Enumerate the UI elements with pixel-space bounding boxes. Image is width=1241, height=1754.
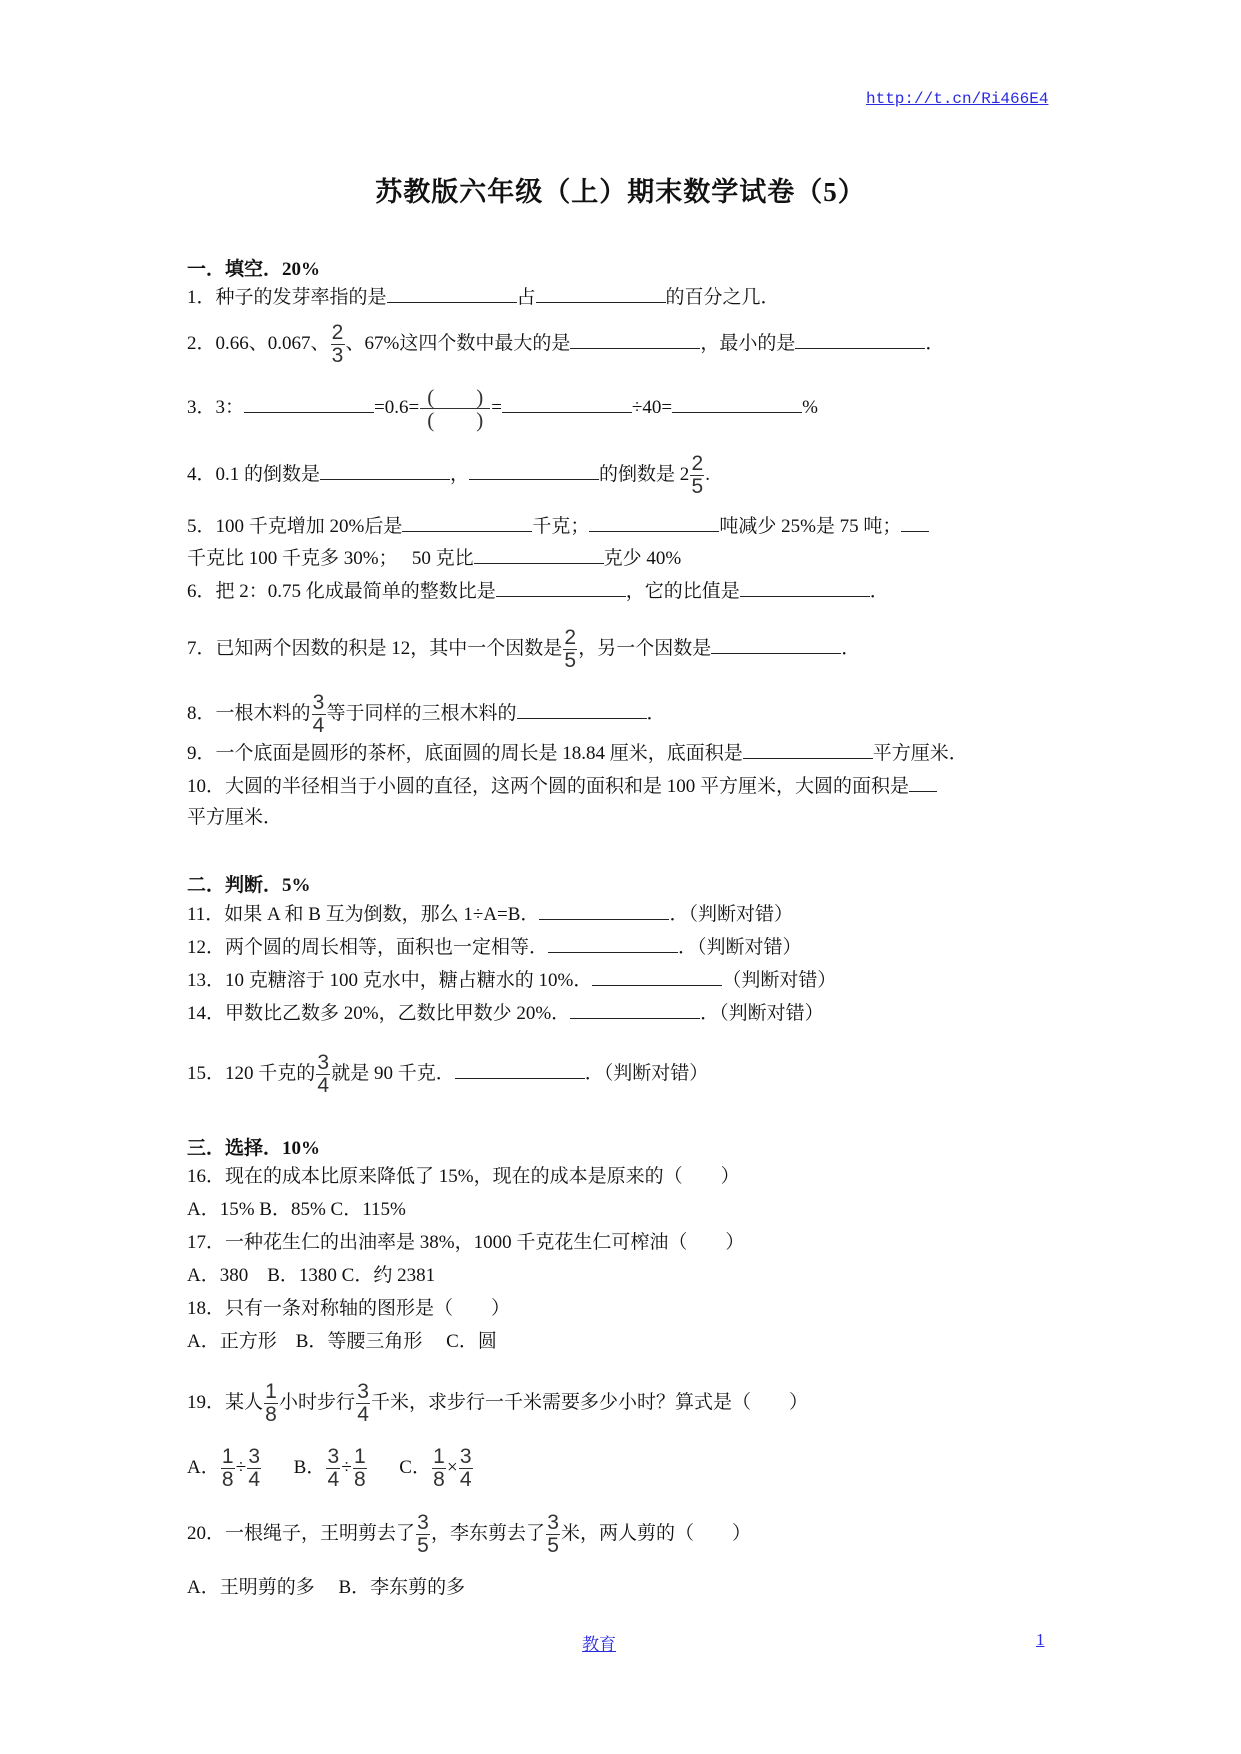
question-2: 2．0.66、0.067、23、67%这四个数中最大的是，最小的是． [187,322,944,367]
fraction: 25 [690,453,704,498]
answer-blank[interactable] [672,396,802,413]
answer-blank[interactable] [570,332,700,349]
answer-blank[interactable] [455,1062,585,1079]
question-5-line2: 千克比 100 千克多 30%； 50 克比克少 40% [187,547,681,570]
question-19: 19．某人18小时步行34千米，求步行一千米需要多少小时？算式是（ ） [187,1381,808,1426]
answer-blank[interactable] [570,1002,700,1019]
question-13: 13．10 克糖溶于 100 克水中，糖占糖水的 10%．（判断对错） [187,969,836,992]
answer-blank[interactable] [743,742,873,759]
section-heading-choice: 三．选择．10% [187,1133,320,1160]
answer-blank[interactable] [502,396,632,413]
answer-blank[interactable] [740,580,870,597]
answer-blank[interactable] [711,637,841,654]
fraction: 34 [356,1381,370,1426]
question-15: 15．120 千克的34就是 90 千克．．（判断对错） [187,1052,708,1097]
fraction: 25 [563,627,577,672]
answer-blank[interactable] [795,332,925,349]
answer-blank[interactable] [589,515,719,532]
question-17-options[interactable]: A．380 B．1380 C．约 2381 [187,1265,435,1287]
question-10-line2: 平方厘米． [187,807,282,829]
question-9: 9．一个底面是圆形的茶杯，底面圆的周长是 18.84 厘米，底面积是平方厘米． [187,742,968,765]
answer-blank[interactable] [474,547,604,564]
answer-blank[interactable] [387,286,517,303]
section-heading-judge: 二．判断．5% [187,870,311,897]
answer-blank[interactable] [469,463,599,480]
section-heading-fill: 一．填空．20% [187,254,320,281]
answer-blank[interactable] [244,396,374,413]
answer-blank[interactable] [517,702,647,719]
page-number[interactable]: 1 [1036,1630,1045,1650]
question-1: 1．种子的发芽率指的是占的百分之几． [187,286,780,309]
header-link[interactable]: http://t.cn/Ri466E4 [866,90,1048,108]
answer-blank[interactable] [320,463,450,480]
answer-blank[interactable] [592,969,722,986]
answer-blank[interactable] [548,936,678,953]
fraction: 35 [416,1512,430,1557]
fraction: 34 [316,1052,330,1097]
fraction: 35 [546,1512,560,1557]
answer-blank[interactable] [901,515,929,532]
question-3: 3．3：=0.6=( )( )=÷40=% [187,386,818,431]
question-17: 17．一种花生仁的出油率是 38%，1000 千克花生仁可榨油（ ） [187,1232,744,1254]
question-8: 8．一根木料的34等于同样的三根木料的． [187,692,666,737]
fraction: 34 [312,692,326,737]
footer-link[interactable]: 教育 [582,1630,616,1655]
fraction: 23 [331,322,345,367]
question-5: 5．100 千克增加 20%后是千克；吨减少 25%是 75 吨； [187,515,929,538]
fraction: 18 [264,1381,278,1426]
question-20: 20．一根绳子，王明剪去了35，李东剪去了35米，两人剪的（ ） [187,1512,751,1557]
question-18: 18．只有一条对称轴的图形是（ ） [187,1298,510,1320]
question-16-options[interactable]: A．15% B．85% C．115% [187,1199,406,1221]
question-20-options[interactable]: A．王明剪的多 B．李东剪的多 [187,1577,465,1599]
question-14: 14．甲数比乙数多 20%，乙数比甲数少 20%．．（判断对错） [187,1002,824,1025]
answer-blank[interactable] [909,775,937,792]
question-4: 4．0.1 的倒数是，的倒数是 225. [187,453,710,498]
answer-blank[interactable] [496,580,626,597]
answer-blank[interactable] [402,515,532,532]
question-7: 7．已知两个因数的积是 12，其中一个因数是25，另一个因数是． [187,627,860,672]
question-18-options[interactable]: A．正方形 B．等腰三角形 C．圆 [187,1331,497,1353]
page-title: 苏教版六年级（上）期末数学试卷（5） [0,170,1241,209]
question-11: 11．如果 A 和 B 互为倒数，那么 1÷A=B．．（判断对错） [187,903,793,926]
question-16: 16．现在的成本比原来降低了 15%，现在的成本是原来的（ ） [187,1166,740,1188]
answer-blank[interactable] [539,903,669,920]
answer-blank[interactable] [536,286,666,303]
question-12: 12．两个圆的周长相等，面积也一定相等．．（判断对错） [187,936,802,959]
question-6: 6．把 2：0.75 化成最简单的整数比是，它的比值是． [187,580,889,603]
question-19-options[interactable]: A．18÷34 B．34÷18 C．18×34 [187,1446,474,1491]
question-10: 10．大圆的半径相当于小圆的直径，这两个圆的面积和是 100 平方厘米，大圆的面… [187,775,937,798]
fraction-blank[interactable]: ( )( ) [420,386,490,431]
